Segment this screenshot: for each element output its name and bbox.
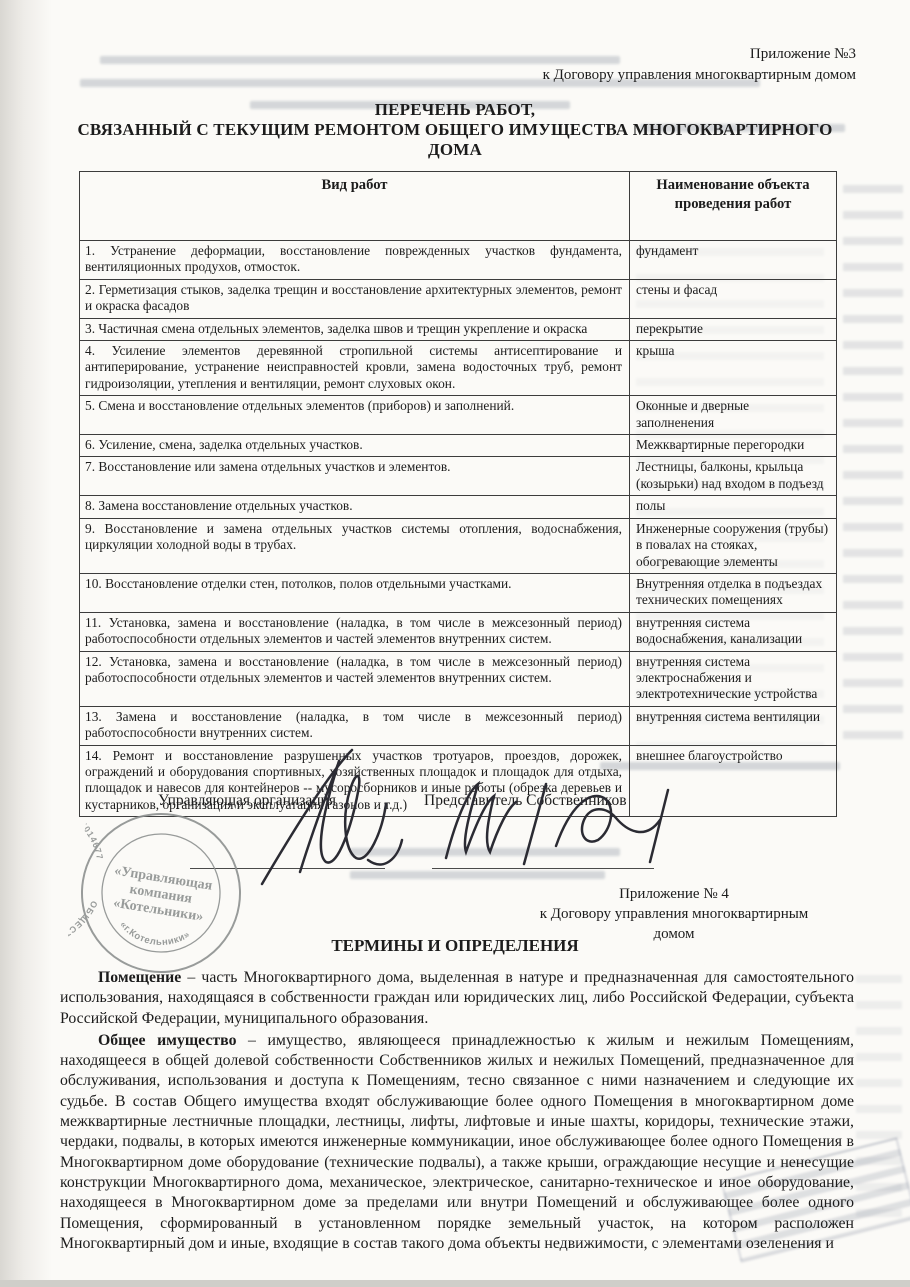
work-object-cell: Оконные и дверные заполненения — [630, 396, 837, 435]
work-object-cell: полы — [630, 496, 837, 518]
table-row: 9. Восстановление и замена отдельных уча… — [80, 518, 837, 573]
appendix4-number: Приложение № 4 — [536, 884, 812, 904]
work-description-cell: 4. Усиление элементов деревянной стропил… — [80, 341, 630, 396]
table-row: 12. Установка, замена и восстановление (… — [80, 651, 837, 706]
scan-edge-shadow — [0, 0, 52, 1287]
work-object-cell: стены и фасад — [630, 279, 837, 318]
work-object-cell: внутренняя система водоснабжения, канали… — [630, 612, 837, 651]
work-object-cell: внутренняя система вентиляции — [630, 706, 837, 745]
table-row: 1. Устранение деформации, восстановление… — [80, 241, 837, 280]
work-object-cell: Инженерные сооружения (трубы) в повалах … — [630, 518, 837, 573]
table-row: 10. Восстановление отделки стен, потолко… — [80, 573, 837, 612]
work-description-cell: 6. Усиление, смена, заделка отдельных уч… — [80, 435, 630, 457]
term-common-property-text: – имущество, являющееся принадлежностью … — [60, 1032, 854, 1252]
work-object-cell: Межквартирные перегородки — [630, 435, 837, 457]
work-description-cell: 7. Восстановление или замена отдельных у… — [80, 457, 630, 496]
work-description-cell: 12. Установка, замена и восстановление (… — [80, 651, 630, 706]
works-title-line3: ДОМА — [0, 140, 910, 160]
works-table-body: 1. Устранение деформации, восстановление… — [80, 241, 837, 817]
work-object-cell: внутренняя система электроснабжения и эл… — [630, 651, 837, 706]
works-title-line2: СВЯЗАННЫЙ С ТЕКУЩИМ РЕМОНТОМ ОБЩЕГО ИМУЩ… — [0, 120, 910, 140]
table-row: 4. Усиление элементов деревянной стропил… — [80, 341, 837, 396]
bleedthrough-artifact — [350, 871, 605, 879]
table-row: 8. Замена восстановление отдельных участ… — [80, 496, 837, 518]
appendix4-header: Приложение № 4 к Договору управления мно… — [536, 884, 812, 944]
column-header-object-name: Наименование объекта проведения работ — [630, 172, 837, 241]
appendix3-number: Приложение №3 — [543, 44, 856, 65]
work-description-cell: 5. Смена и восстановление отдельных элем… — [80, 396, 630, 435]
terms-definitions: Помещение – часть Многоквартирного дома,… — [60, 968, 854, 1256]
table-row: 11. Установка, замена и восстановление (… — [80, 612, 837, 651]
term-common-property: Общее имущество – имущество, являющееся … — [60, 1031, 854, 1254]
scan-bottom-edge — [0, 1280, 910, 1287]
term-common-property-word: Общее имущество — [98, 1032, 236, 1049]
works-title-line1: ПЕРЕЧЕНЬ РАБОТ, — [0, 100, 910, 120]
table-row: 5. Смена и восстановление отдельных элем… — [80, 396, 837, 435]
table-row: 2. Герметизация стыков, заделка трещин и… — [80, 279, 837, 318]
scanned-document-page: Приложение №3 к Договору управления мног… — [0, 0, 910, 1287]
work-object-cell: внешнее благоустройство — [630, 745, 837, 817]
table-row: 6. Усиление, смена, заделка отдельных уч… — [80, 435, 837, 457]
owners-representative-label: Представитель Собственников — [424, 792, 627, 810]
work-description-cell: 2. Герметизация стыков, заделка трещин и… — [80, 279, 630, 318]
column-header-work-type: Вид работ — [80, 172, 630, 241]
terms-title: ТЕРМИНЫ И ОПРЕДЕЛЕНИЯ — [0, 936, 910, 956]
managing-organization-label: Управляющая организация — [158, 792, 336, 810]
table-row: 3. Частичная смена отдельных элементов, … — [80, 318, 837, 340]
work-object-cell: перекрытие — [630, 318, 837, 340]
bleedthrough-artifact — [350, 848, 620, 856]
work-description-cell: 11. Установка, замена и восстановление (… — [80, 612, 630, 651]
appendix3-header: Приложение №3 к Договору управления мног… — [543, 44, 856, 86]
work-object-cell: Лестницы, балконы, крыльца (козырьки) на… — [630, 457, 837, 496]
works-table: Вид работ Наименование объекта проведени… — [79, 171, 837, 817]
table-row: 13. Замена и восстановление (наладка, в … — [80, 706, 837, 745]
bleedthrough-artifact — [843, 185, 903, 745]
work-description-cell: 10. Восстановление отделки стен, потолко… — [80, 573, 630, 612]
signature-line-right — [432, 868, 654, 869]
table-row: 7. Восстановление или замена отдельных у… — [80, 457, 837, 496]
company-stamp: ОБЩЕСТВО С ОГРАНИЧЕННОЙ ОТВЕТСТВЕННОСТЬЮ… — [64, 796, 259, 991]
works-table-header-row: Вид работ Наименование объекта проведени… — [80, 172, 837, 241]
term-premises-word: Помещение — [98, 969, 181, 986]
work-description-cell: 8. Замена восстановление отдельных участ… — [80, 496, 630, 518]
term-premises: Помещение – часть Многоквартирного дома,… — [60, 968, 854, 1029]
work-description-cell: 13. Замена и восстановление (наладка, в … — [80, 706, 630, 745]
work-object-cell: фундамент — [630, 241, 837, 280]
appendix3-subtitle: к Договору управления многоквартирным до… — [543, 65, 856, 86]
work-description-cell: 3. Частичная смена отдельных элементов, … — [80, 318, 630, 340]
works-list-title: ПЕРЕЧЕНЬ РАБОТ, СВЯЗАННЫЙ С ТЕКУЩИМ РЕМО… — [0, 100, 910, 160]
work-object-cell: крыша — [630, 341, 837, 396]
work-description-cell: 9. Восстановление и замена отдельных уча… — [80, 518, 630, 573]
work-description-cell: 1. Устранение деформации, восстановление… — [80, 241, 630, 280]
work-object-cell: Внутренняя отделка в подъездах техническ… — [630, 573, 837, 612]
